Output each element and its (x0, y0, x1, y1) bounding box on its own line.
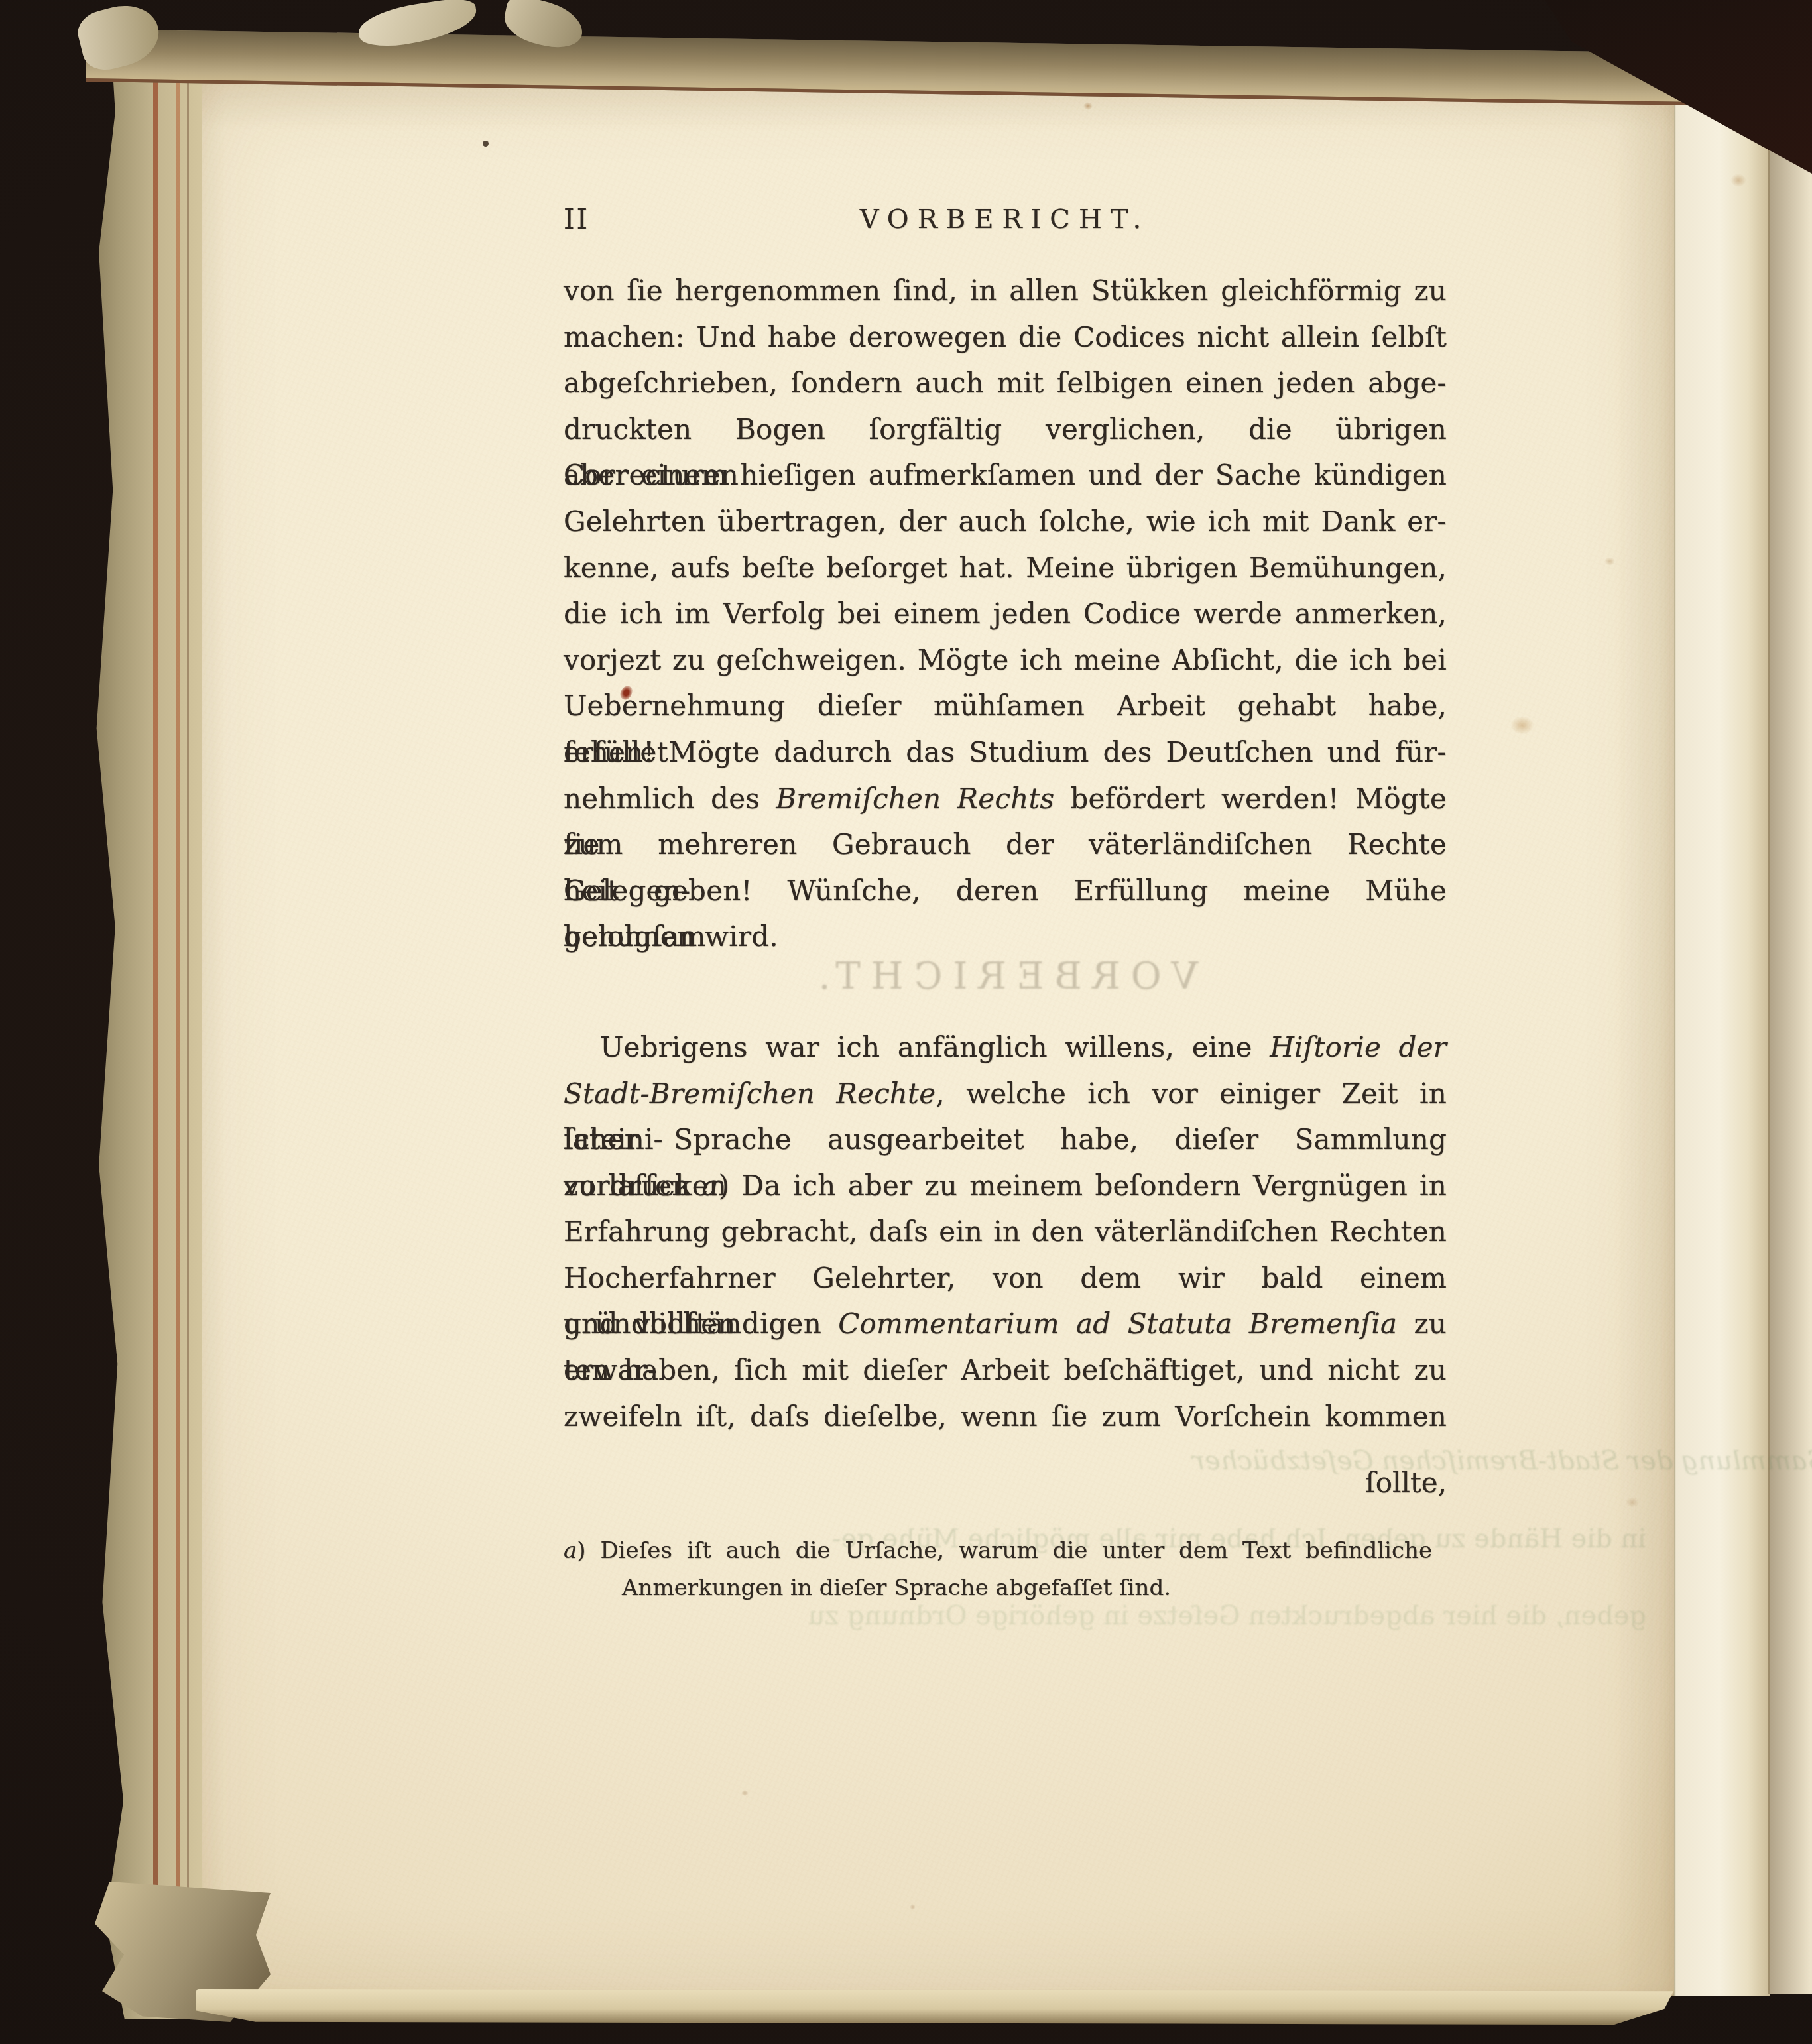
text-line: aber einem hieſigen aufmerkſamen und der… (564, 452, 1447, 499)
text-line: von ſie hergenommen ſind, in allen Stükk… (564, 268, 1447, 314)
bottom-page-edge-roll (196, 1989, 1673, 2025)
text-line: Hocherfahrner Gelehrter, von dem wir bal… (564, 1255, 1447, 1301)
text-segment: machen: Und habe derowegen die Codices n… (564, 321, 1447, 353)
page-edge-shadow-line (187, 66, 189, 1989)
page-edge-red-line (176, 61, 180, 1992)
text-line: machen: Und habe derowegen die Codices n… (564, 314, 1447, 361)
left-cover-deckle-edge (85, 33, 202, 2019)
text-line: und vollſtändigen Commentarium ad Statut… (564, 1301, 1447, 1347)
text-line: Uebrigens war ich anfänglich willens, ei… (564, 1024, 1447, 1071)
text-segment: Uebrigens war ich anfänglich willens, ei… (600, 1031, 1270, 1063)
page-header: II VORBERICHT. (562, 203, 1447, 243)
text-line: abgeſchrieben, ſondern auch mit ſelbigen… (564, 360, 1447, 406)
text-line: Erfahrung gebracht, daſs ein in den väte… (564, 1209, 1447, 1255)
text-line: belohnen wird. (564, 914, 1447, 960)
text-line: kenne, aufs beſte beſorget hat. Meine üb… (564, 545, 1447, 591)
paragraph: Uebrigens war ich anfänglich willens, ei… (564, 1024, 1447, 1439)
text-line: die ich im Verfolg bei einem jeden Codic… (564, 591, 1447, 637)
fold-shadow (1768, 93, 1810, 1994)
text-line: ſehen! Mögte dadurch das Studium des Deu… (564, 729, 1447, 776)
text-segment: aber einem hieſigen aufmerkſamen und der… (564, 459, 1447, 491)
text-segment: abgeſchrieben, ſondern auch mit ſelbigen… (564, 367, 1447, 399)
text-segment: Erfahrung gebracht, daſs ein in den väte… (564, 1215, 1447, 1248)
italic-text-segment: Stadt-Bremiſchen Rechte (564, 1077, 936, 1110)
text-segment: zweifeln iſt, daſs dieſelbe, wenn ſie zu… (564, 1400, 1447, 1433)
text-segment: nehmlich des (564, 782, 776, 815)
text-line: zweifeln iſt, daſs dieſelbe, wenn ſie zu… (564, 1394, 1447, 1440)
text-segment: ten haben, ſich mit dieſer Arbeit beſchä… (564, 1354, 1447, 1386)
footnote-marker: a (564, 1537, 577, 1564)
italic-text-segment: Commentarium ad Statuta Bremenſia (838, 1307, 1397, 1340)
text-line: Stadt-Bremiſchen Rechte, welche ich vor … (564, 1071, 1447, 1117)
text-segment: zu laſſen (564, 1170, 702, 1202)
italic-text-segment: a (702, 1170, 719, 1202)
text-line: ſcher Sprache ausgearbeitet habe, dieſer… (564, 1116, 1447, 1163)
text-segment: ſehen! Mögte dadurch das Studium des Deu… (564, 736, 1447, 768)
text-line: vorjezt zu geſchweigen. Mögte ich meine … (564, 637, 1447, 684)
text-line: Gelehrten übertragen, der auch ſolche, w… (564, 499, 1447, 545)
text-segment: und vollſtändigen (564, 1307, 838, 1340)
facing-page-fold (1668, 85, 1770, 1996)
text-segment: kenne, aufs beſte beſorget hat. Meine üb… (564, 552, 1447, 584)
text-line: heit geben! Wünſche, deren Erfüllung mei… (564, 868, 1447, 914)
footnote: a) Dieſes iſt auch die Urſache, warum di… (564, 1532, 1432, 1606)
footnote-text: ) Dieſes iſt auch die Urſache, warum die… (577, 1537, 1432, 1564)
page-edge-red-line (153, 64, 158, 1992)
text-segment: vorjezt zu geſchweigen. Mögte ich meine … (564, 644, 1447, 676)
text-segment: von ſie hergenommen ſind, in allen Stükk… (564, 274, 1447, 307)
running-title: VORBERICHT. (562, 204, 1447, 235)
text-line: nehmlich des Bremiſchen Rechts befördert… (564, 776, 1447, 822)
text-line: druckten Bogen ſorgfältig verglichen, di… (564, 406, 1447, 453)
text-segment: ) Da ich aber zu meinem beſondern Vergnü… (719, 1170, 1447, 1202)
paragraph: von ſie hergenommen ſind, in allen Stükk… (564, 268, 1447, 960)
text-line: zum mehreren Gebrauch der väterländiſche… (564, 821, 1447, 868)
text-line: Uebernehmung dieſer mühſamen Arbeit geha… (564, 683, 1447, 729)
body-text: von ſie hergenommen ſind, in allen Stükk… (564, 268, 1447, 1439)
footnote-line: Anmerkungen in dieſer Sprache abgefaſſet… (564, 1569, 1432, 1606)
catchword: ſollte, (564, 1460, 1447, 1506)
text-segment: belohnen wird. (564, 920, 778, 953)
text-line: zu laſſen a) Da ich aber zu meinem beſon… (564, 1163, 1447, 1209)
book-scan-background: VORBERICHT. Sammlung der Stadt-Bremiſche… (0, 0, 1812, 2044)
italic-text-segment: Hiſtorie der (1270, 1031, 1447, 1063)
footnote-line: a) Dieſes iſt auch die Urſache, warum di… (564, 1532, 1432, 1569)
italic-text-segment: Bremiſchen Rechts (776, 782, 1054, 815)
text-segment: die ich im Verfolg bei einem jeden Codic… (564, 597, 1447, 630)
page-surface: VORBERICHT. Sammlung der Stadt-Bremiſche… (188, 72, 1674, 1998)
text-line: ten haben, ſich mit dieſer Arbeit beſchä… (564, 1347, 1447, 1394)
text-segment: Gelehrten übertragen, der auch ſolche, w… (564, 505, 1447, 538)
